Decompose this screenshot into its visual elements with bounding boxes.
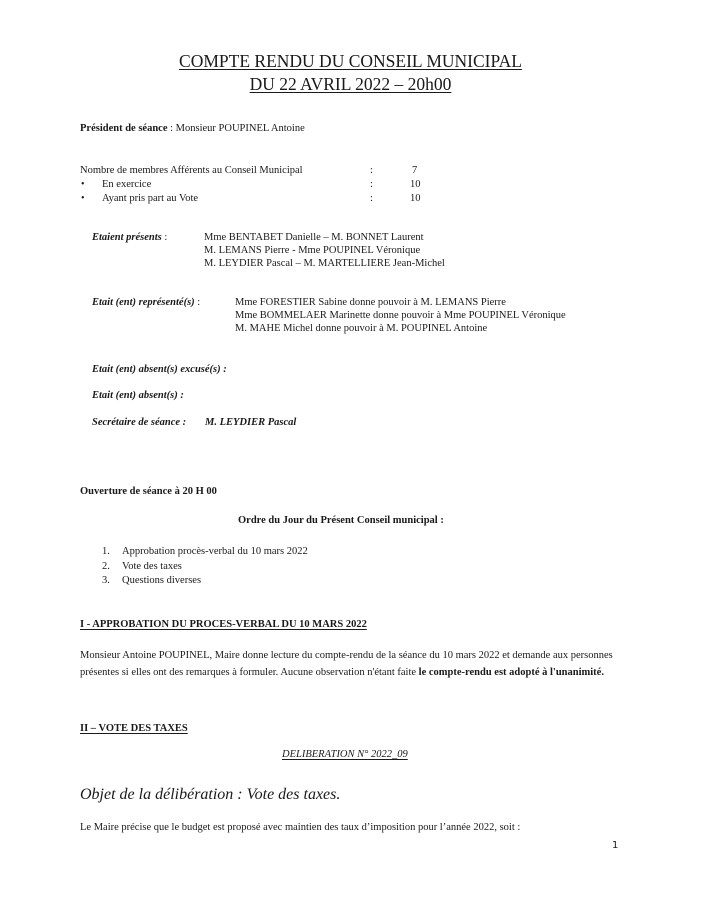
section1-heading: I - APPROBATION DU PROCES-VERBAL DU 10 M… (80, 618, 367, 631)
objet-deliberation: Objet de la délibération : Vote des taxe… (80, 786, 340, 804)
secretaire-value: M. LEYDIER Pascal (205, 416, 296, 429)
section2-heading: II – VOTE DES TAXES (80, 722, 188, 735)
proxy-line: Mme BOMMELAER Marinette donne pouvoir à … (235, 309, 566, 322)
membres-row: Nombre de membres Afférents au Conseil M… (80, 164, 303, 177)
ordre-du-jour-title: Ordre du Jour du Présent Conseil municip… (238, 514, 444, 527)
ouverture-seance: Ouverture de séance à 20 H 00 (80, 485, 217, 498)
present-member: M. LEYDIER Pascal – M. MARTELLIERE Jean-… (204, 257, 445, 270)
proxy-line: M. MAHE Michel donne pouvoir à M. POUPIN… (235, 322, 487, 335)
document-title-line1: COMPTE RENDU DU CONSEIL MUNICIPAL (0, 50, 701, 72)
list-item: Vote des taxes (122, 560, 182, 573)
list-item: Approbation procès-verbal du 10 mars 202… (122, 545, 308, 558)
page-number: 1 (612, 840, 618, 851)
deliberation-number: DELIBERATION N° 2022_09 (282, 748, 408, 761)
list-item-number: 2. (102, 560, 110, 573)
present-member: Mme BENTABET Danielle – M. BONNET Lauren… (204, 231, 424, 244)
membres-row: En exercice (102, 178, 151, 191)
present-member: M. LEMANS Pierre - Mme POUPINEL Véroniqu… (204, 244, 420, 257)
absents-label: Etait (ent) absent(s) : (92, 389, 184, 402)
list-item-number: 3. (102, 574, 110, 587)
secretaire-label: Secrétaire de séance : (92, 416, 186, 429)
bullet-icon: • (81, 178, 85, 191)
en-exercice-value: 10 (410, 178, 421, 191)
presents-label: Etaient présents : (92, 231, 167, 244)
president-value: Monsieur POUPINEL Antoine (176, 123, 305, 134)
list-item-number: 1. (102, 545, 110, 558)
vote-value: 10 (410, 192, 421, 205)
proxy-line: Mme FORESTIER Sabine donne pouvoir à M. … (235, 296, 506, 309)
absents-excuses-label: Etait (ent) absent(s) excusé(s) : (92, 363, 227, 376)
president-label: Président de séance (80, 123, 167, 134)
representes-label: Etait (ent) représenté(s) : (92, 296, 200, 309)
membres-afferents-value: 7 (412, 164, 417, 177)
list-item: Questions diverses (122, 574, 201, 587)
bullet-icon: • (81, 192, 85, 205)
document-title-line2: DU 22 AVRIL 2022 – 20h00 (0, 73, 701, 95)
section2-paragraph: Le Maire précise que le budget est propo… (80, 821, 520, 834)
president-seance: Président de séance : Monsieur POUPINEL … (80, 122, 305, 135)
section1-paragraph: Monsieur Antoine POUPINEL, Maire donne l… (80, 647, 620, 681)
membres-row: Ayant pris part au Vote (102, 192, 198, 205)
